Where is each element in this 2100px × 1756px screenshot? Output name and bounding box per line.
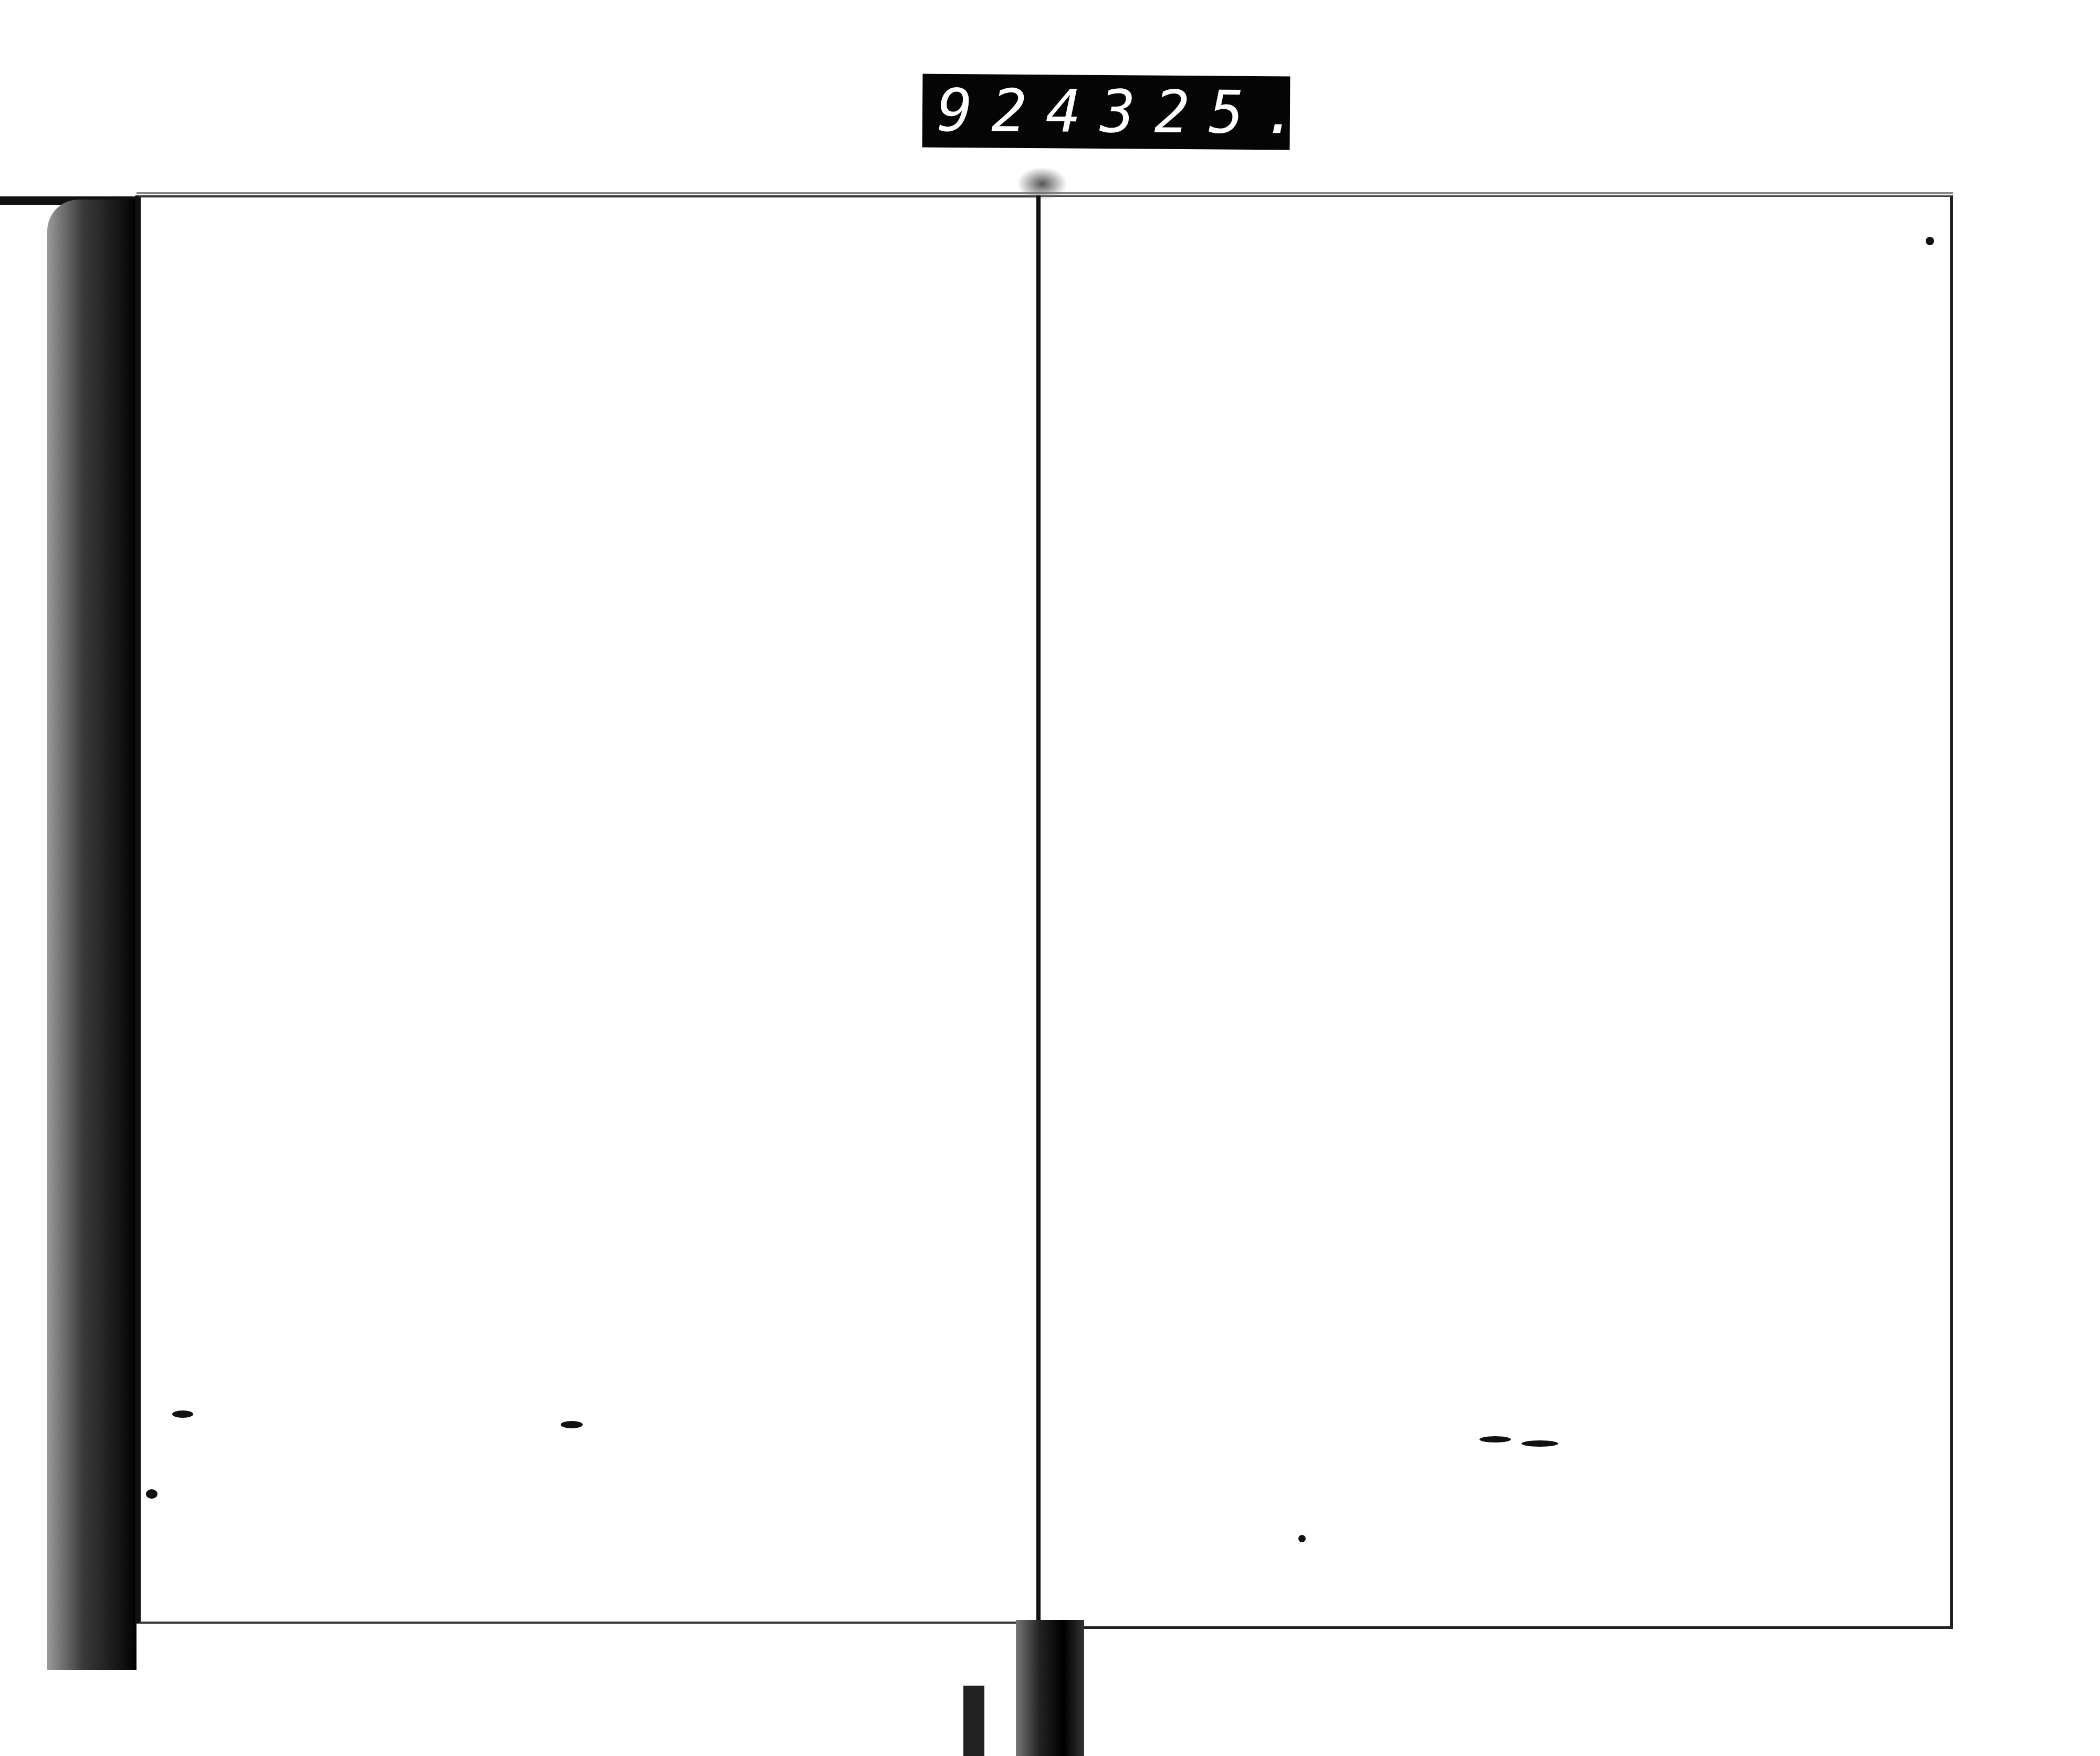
gutter-shadow	[1018, 168, 1066, 200]
right-frame-number: 325.	[1100, 82, 1317, 143]
book-gutter	[1036, 195, 1041, 1634]
smudge-mark	[146, 1489, 157, 1499]
book-edge-shadow	[47, 200, 136, 1670]
smudge-mark	[1479, 1436, 1511, 1443]
left-frame-number: 924	[937, 81, 1100, 141]
smudge-mark	[1521, 1440, 1558, 1447]
frame-number-label: 924 325.	[922, 74, 1290, 150]
right-page	[1038, 195, 1953, 1629]
book-spine-bottom	[1016, 1620, 1084, 1756]
left-page	[135, 195, 1038, 1624]
book-spine-strip	[963, 1686, 984, 1756]
smudge-mark	[1926, 237, 1934, 245]
smudge-mark	[1298, 1535, 1306, 1542]
smudge-mark	[561, 1421, 583, 1428]
smudge-mark	[172, 1410, 193, 1418]
